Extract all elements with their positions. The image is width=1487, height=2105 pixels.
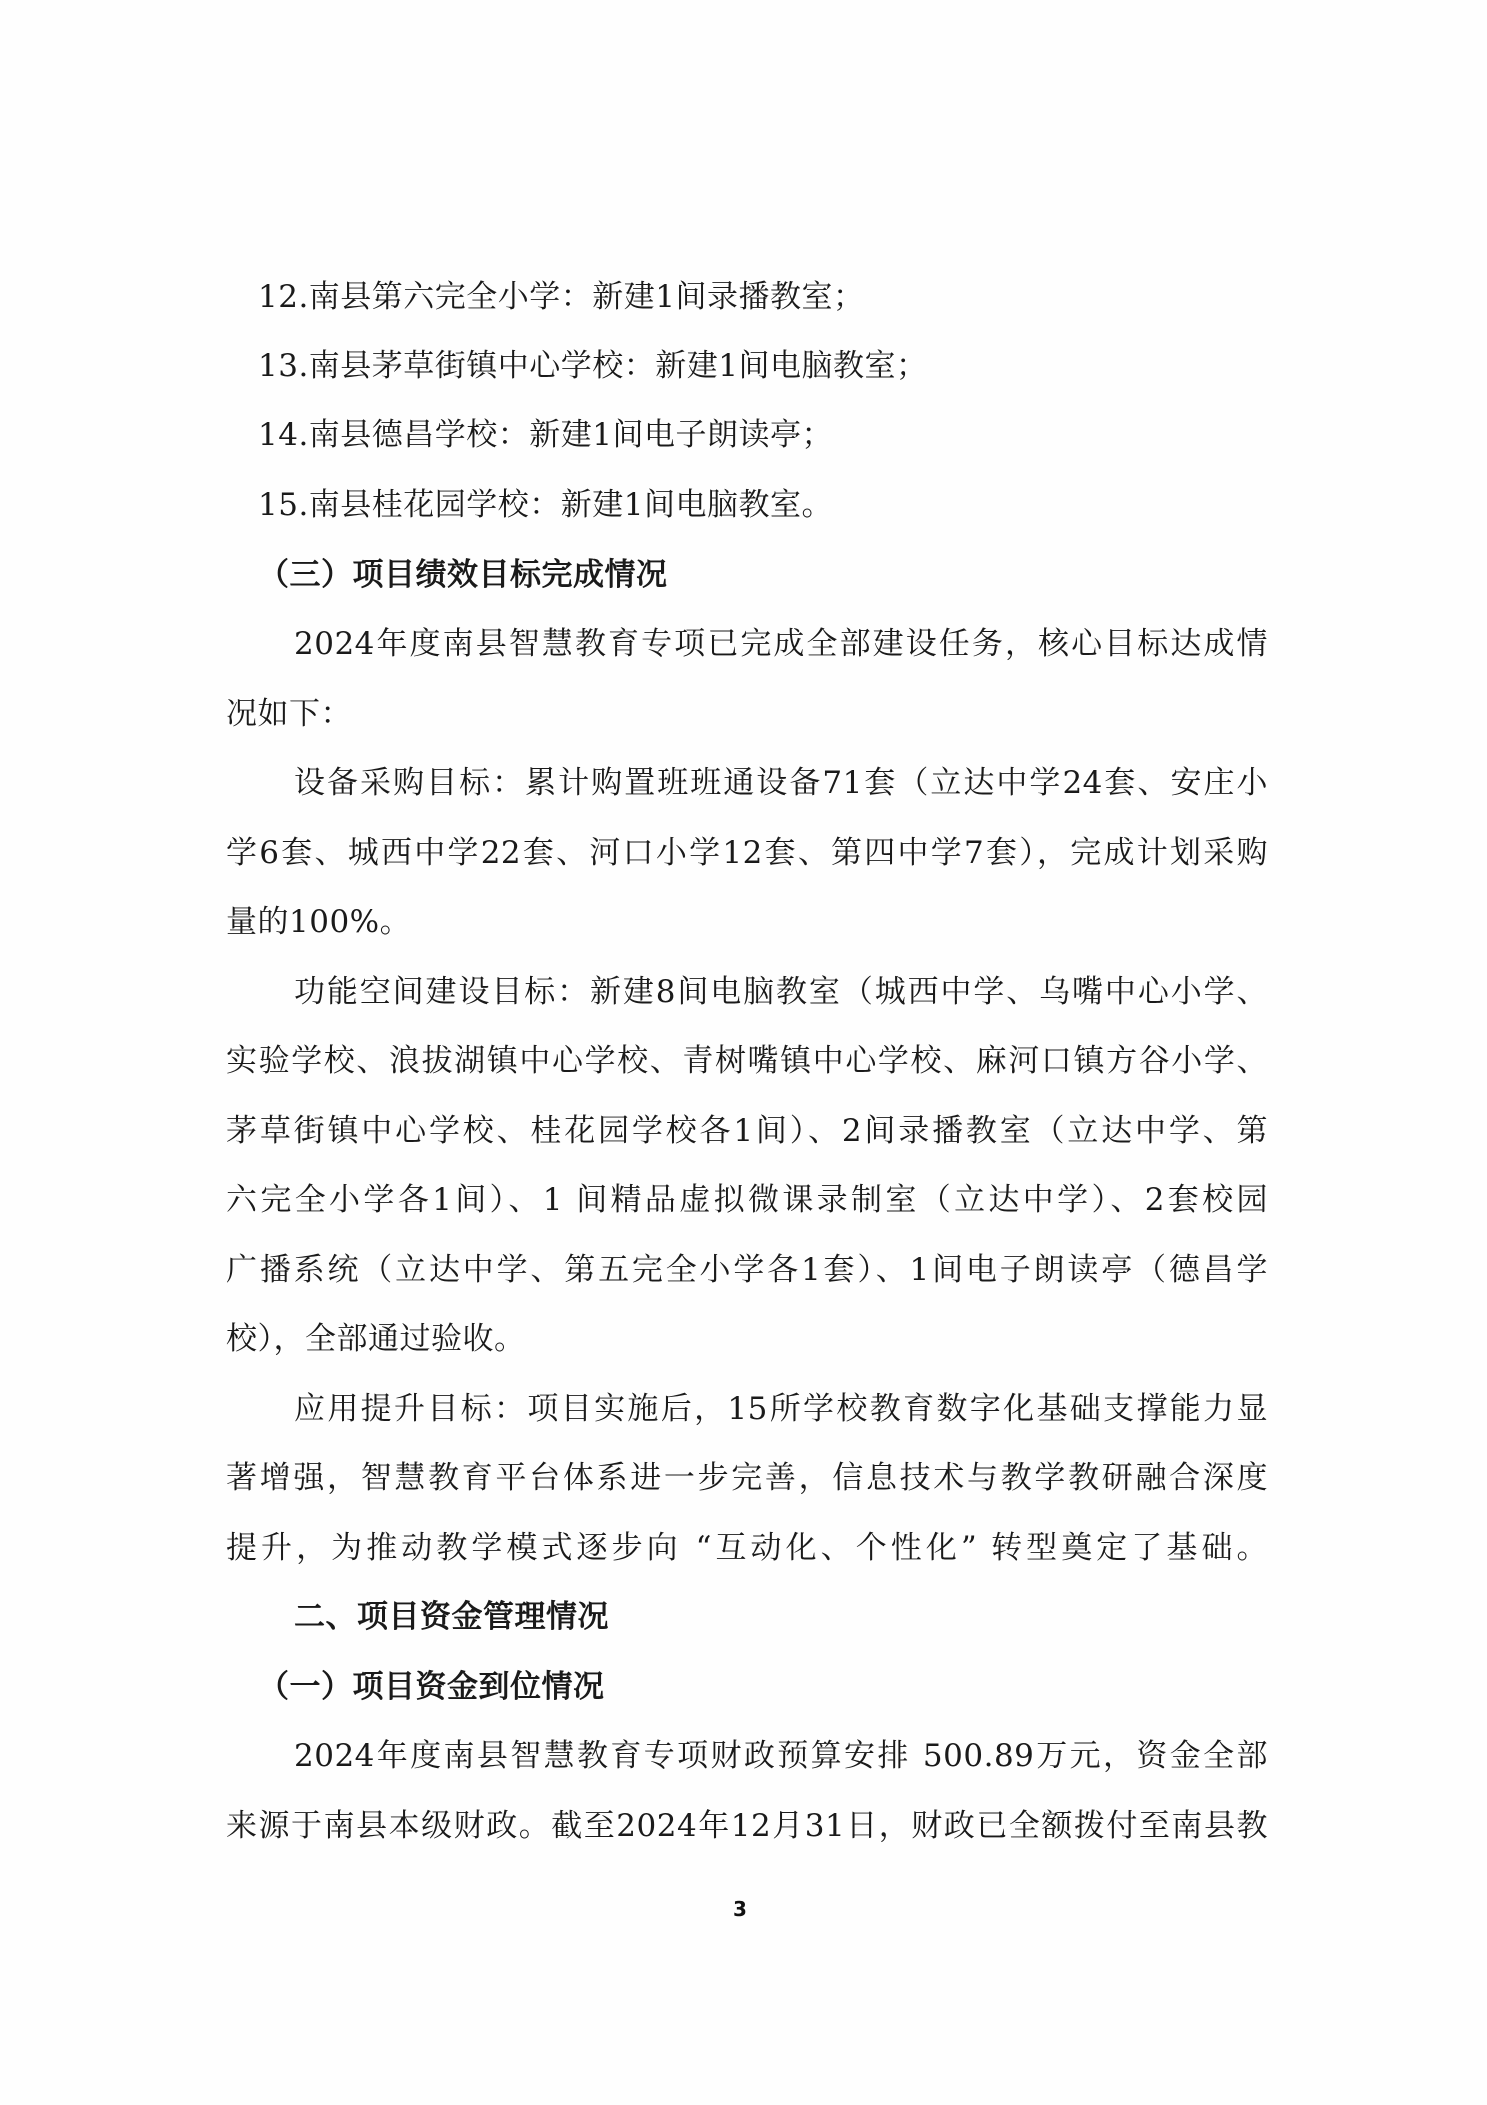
- space-paragraph-line-6: 校），全部通过验收。: [226, 1319, 526, 1359]
- funding-paragraph-line-1: 2024年度南县智慧教育专项财政预算安排 500.89万元，资金全部: [294, 1736, 1268, 1776]
- equipment-paragraph-line-3: 量的100%。: [226, 902, 411, 942]
- space-paragraph-line-2: 实验学校、浪拔湖镇中心学校、青树嘴镇中心学校、麻河口镇方谷小学、: [226, 1041, 1268, 1081]
- chapter-heading-fund-management: 二、项目资金管理情况: [294, 1597, 609, 1637]
- list-item-15: 15.南县桂花园学校：新建1间电脑教室。: [258, 485, 833, 525]
- intro-paragraph-line-1: 2024年度南县智慧教育专项已完成全部建设任务，核心目标达成情: [294, 624, 1268, 664]
- space-paragraph-line-3: 茅草街镇中心学校、桂花园学校各1间）、2间录播教室（立达中学、第: [226, 1111, 1268, 1151]
- application-paragraph-line-1: 应用提升目标：项目实施后，15所学校教育数字化基础支撑能力显: [294, 1389, 1268, 1429]
- equipment-paragraph-line-1: 设备采购目标：累计购置班班通设备71套（立达中学24套、安庄小: [294, 763, 1268, 803]
- application-paragraph-line-2: 著增强，智慧教育平台体系进一步完善，信息技术与教学教研融合深度: [226, 1458, 1268, 1498]
- space-paragraph-line-4: 六完全小学各1间）、1 间精品虚拟微课录制室（立达中学）、2套校园: [226, 1180, 1268, 1220]
- page-number: 3: [733, 1896, 747, 1922]
- list-item-13: 13.南县茅草街镇中心学校：新建1间电脑教室；: [258, 346, 928, 386]
- application-paragraph-line-3: 提升，为推动教学模式逐步向 “互动化、个性化” 转型奠定了基础。: [226, 1528, 1268, 1568]
- funding-paragraph-line-2: 来源于南县本级财政。截至2024年12月31日，财政已全额拨付至南县教: [226, 1806, 1268, 1846]
- intro-paragraph-line-2: 况如下：: [226, 694, 352, 734]
- equipment-paragraph-line-2: 学6套、城西中学22套、河口小学12套、第四中学7套），完成计划采购: [226, 833, 1268, 873]
- section-heading-performance-goals: （三）项目绩效目标完成情况: [258, 555, 668, 595]
- document-page: 12.南县第六完全小学：新建1间录播教室； 13.南县茅草街镇中心学校：新建1间…: [0, 0, 1487, 2105]
- list-item-14: 14.南县德昌学校：新建1间电子朗读亭；: [258, 415, 833, 455]
- subsection-heading-fund-arrival: （一）项目资金到位情况: [258, 1667, 605, 1707]
- space-paragraph-line-5: 广播系统（立达中学、第五完全小学各1套）、1间电子朗读亭（德昌学: [226, 1250, 1268, 1290]
- list-item-12: 12.南县第六完全小学：新建1间录播教室；: [258, 277, 865, 317]
- space-paragraph-line-1: 功能空间建设目标：新建8间电脑教室（城西中学、乌嘴中心小学、: [294, 972, 1268, 1012]
